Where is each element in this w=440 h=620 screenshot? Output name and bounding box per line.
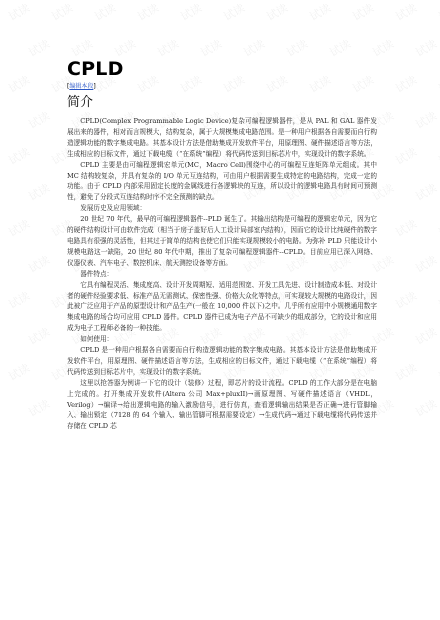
watermark-text: 试读 bbox=[5, 144, 32, 169]
watermark-text: 试读 bbox=[435, 216, 440, 241]
watermark-text: 试读 bbox=[263, 0, 290, 24]
paragraph-intro: CPLD(Complex Programmable Logic Device)复… bbox=[67, 116, 377, 160]
edit-section-link-wrapper: [编辑本段] bbox=[67, 81, 96, 90]
watermark-text: 试读 bbox=[306, 0, 333, 24]
watermark-text: 试读 bbox=[48, 0, 75, 24]
watermark-text: 试读 bbox=[412, 324, 439, 349]
paragraph-history: 20 世纪 70 年代，最早的可编程逻辑器件--PLD 诞生了。其输出结构是可编… bbox=[67, 214, 377, 269]
article-body: CPLD(Complex Programmable Logic Device)复… bbox=[67, 116, 377, 432]
watermark-text: 试读 bbox=[197, 36, 224, 61]
watermark-text: 试读 bbox=[177, 0, 204, 24]
watermark-text: 试读 bbox=[220, 72, 247, 97]
bracket-close: ] bbox=[93, 83, 95, 90]
watermark-text: 试读 bbox=[392, 144, 419, 169]
watermark-text: 试读 bbox=[392, 360, 419, 385]
paragraph-structure: CPLD 主要是由可编程逻辑宏单元(MC，Macro Cell)围绕中心的可编程… bbox=[67, 160, 377, 204]
watermark-text: 试读 bbox=[435, 144, 440, 169]
paragraph-history-heading: 发展历史及应用领域： bbox=[67, 203, 377, 214]
watermark-text: 试读 bbox=[5, 0, 32, 24]
watermark-text: 试读 bbox=[220, 0, 247, 24]
watermark-text: 试读 bbox=[5, 72, 32, 97]
paragraph-features-heading: 器件特点： bbox=[67, 269, 377, 280]
watermark-text: 试读 bbox=[25, 252, 52, 277]
watermark-text: 试读 bbox=[435, 0, 440, 24]
watermark-text: 试读 bbox=[68, 36, 95, 61]
watermark-text: 试读 bbox=[412, 108, 439, 133]
watermark-text: 试读 bbox=[5, 288, 32, 313]
watermark-text: 试读 bbox=[326, 36, 353, 61]
watermark-text: 试读 bbox=[306, 72, 333, 97]
watermark-text: 试读 bbox=[25, 36, 52, 61]
section-title: 简介 bbox=[67, 91, 93, 110]
watermark-text: 试读 bbox=[392, 0, 419, 24]
watermark-text: 试读 bbox=[134, 0, 161, 24]
watermark-text: 试读 bbox=[91, 0, 118, 24]
watermark-text: 试读 bbox=[349, 72, 376, 97]
watermark-text: 试读 bbox=[25, 324, 52, 349]
watermark-text: 试读 bbox=[5, 216, 32, 241]
watermark-text: 试读 bbox=[25, 180, 52, 205]
page-title: CPLD bbox=[67, 58, 124, 80]
watermark-text: 试读 bbox=[435, 72, 440, 97]
watermark-text: 试读 bbox=[240, 36, 267, 61]
watermark-text: 试读 bbox=[25, 108, 52, 133]
watermark-text: 试读 bbox=[349, 0, 376, 24]
watermark-text: 试读 bbox=[435, 288, 440, 313]
paragraph-design-flow: 这里以抢答器为例讲一下它的设计（装修）过程，即芯片的设计流程。CPLD 的工作大… bbox=[67, 378, 377, 433]
watermark-text: 试读 bbox=[435, 360, 440, 385]
watermark-text: 试读 bbox=[134, 72, 161, 97]
watermark-text: 试读 bbox=[25, 396, 52, 421]
watermark-text: 试读 bbox=[412, 36, 439, 61]
watermark-text: 试读 bbox=[392, 288, 419, 313]
paragraph-usage: CPLD 是一种用户根据各自需要而自行构造逻辑功能的数字集成电路。其基本设计方法… bbox=[67, 345, 377, 378]
paragraph-features: 它具有编程灵活、集成度高、设计开发周期短、适用范围宽、开发工具先进、设计制造成本… bbox=[67, 280, 377, 335]
watermark-text: 试读 bbox=[154, 36, 181, 61]
watermark-text: 试读 bbox=[392, 216, 419, 241]
edit-section-link[interactable]: 编辑本段 bbox=[69, 83, 93, 90]
watermark-text: 试读 bbox=[412, 396, 439, 421]
watermark-text: 试读 bbox=[5, 360, 32, 385]
paragraph-usage-heading: 如何使用： bbox=[67, 334, 377, 345]
watermark-text: 试读 bbox=[111, 36, 138, 61]
watermark-text: 试读 bbox=[263, 72, 290, 97]
watermark-text: 试读 bbox=[392, 72, 419, 97]
watermark-text: 试读 bbox=[412, 180, 439, 205]
watermark-text: 试读 bbox=[369, 36, 396, 61]
watermark-text: 试读 bbox=[177, 72, 204, 97]
watermark-text: 试读 bbox=[412, 252, 439, 277]
watermark-text: 试读 bbox=[283, 36, 310, 61]
